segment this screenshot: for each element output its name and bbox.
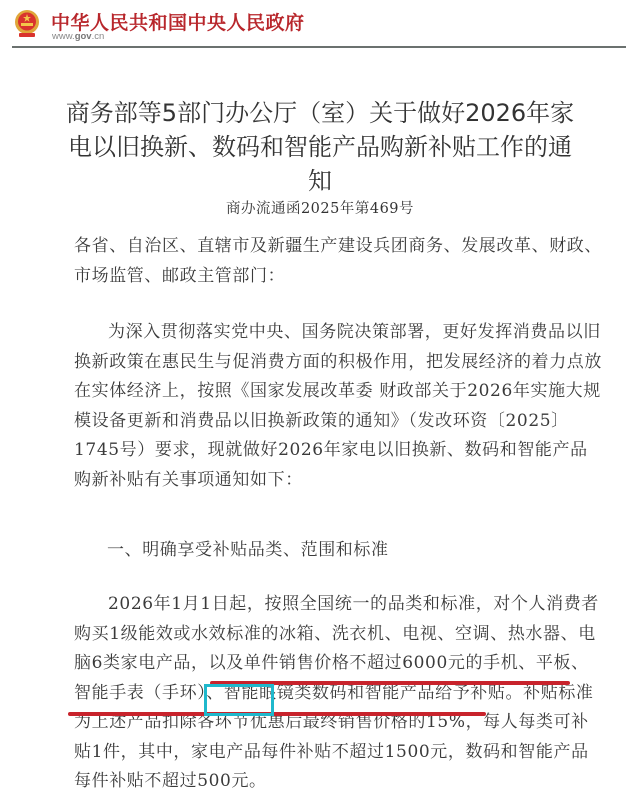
site-header: 中华人民共和国中央人民政府 www.gov.cn: [0, 0, 640, 50]
addressee-paragraph: 各省、自治区、直辖市及新疆生产建设兵团商务、发展改革、财政、市场监管、邮政主管部…: [74, 232, 604, 291]
body-paragraph: 2026年1月1日起，按照全国统一的品类和标准，对个人消费者购买1级能效或水效标…: [74, 590, 604, 797]
url-domain: gov: [75, 31, 92, 42]
red-underline-2: [68, 712, 486, 716]
site-url[interactable]: www.gov.cn: [52, 31, 104, 42]
document-number: 商办流通函2025年第469号: [0, 197, 640, 218]
intro-paragraph: 为深入贯彻落实党中央、国务院决策部署，更好发挥消费品以旧换新政策在惠民生与促消费…: [74, 318, 604, 495]
cyan-highlight-box: [204, 684, 274, 716]
document-title: 商务部等5部门办公厅（室）关于做好2026年家电以旧换新、数码和智能产品购新补贴…: [60, 96, 580, 198]
section-heading: 一、明确享受补贴品类、范围和标准: [107, 536, 637, 566]
url-prefix: www.: [52, 31, 75, 42]
header-divider: [12, 46, 626, 48]
underlined-text-end: 类数码和智能产品给予补贴。: [294, 683, 523, 703]
url-suffix: .cn: [92, 31, 105, 42]
national-emblem-icon: [13, 9, 41, 39]
